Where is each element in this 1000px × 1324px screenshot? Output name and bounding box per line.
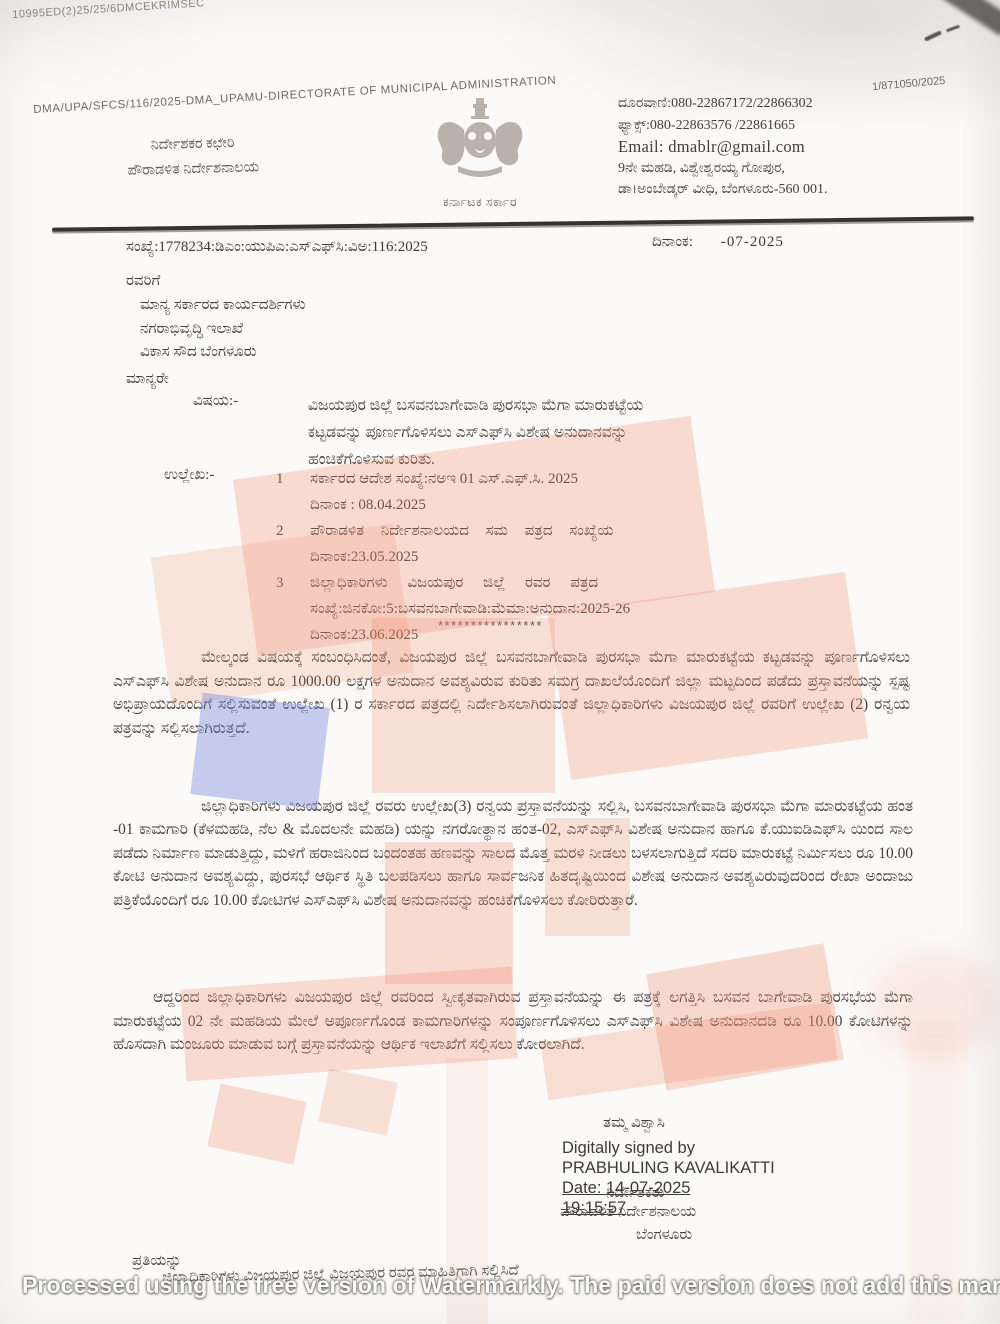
digital-signature-line: Digitally signed by	[562, 1138, 775, 1158]
references-label: ಉಲ್ಲೇಖ:-	[164, 466, 214, 484]
copy-label: ಪ್ರತಿಯನ್ನು	[132, 1252, 181, 1270]
subject-text: ವಿಜಯಪುರ ಜಿಲ್ಲೆ ಬಸವನಬಾಗೇವಾಡಿ ಪುರಸಭಾ ಮೆಗಾ …	[308, 392, 918, 473]
reference-item: 2 ಪೌರಾಡಳಿತ ನಿರ್ದೇಶನಾಲಯದ ಸಮ ಪತ್ರದ ಸಂಖ್ಯೆಯ…	[276, 518, 876, 570]
date-label: ದಿನಾಂಕ:	[652, 234, 693, 250]
phone-line: ದೂರವಾಣಿ:080-22867172/22866302	[618, 93, 908, 115]
address-line2: ಡಾ।ಅಂಬೇಡ್ಕರ್ ವೀಧಿ, ಬೆಂಗಳೂರು-560 001.	[618, 179, 908, 201]
letter-date: ದಿನಾಂಕ:-07-2025	[652, 233, 784, 251]
reference-item: 1 ಸರ್ಕಾರದ ಆದೇಶ ಸಂಖ್ಯೆ:ನಅಇ 01 ಎಸ್.ಎಫ್.ಸಿ.…	[276, 466, 876, 518]
body-paragraph-3: ಆದ್ದರಿಂದ ಜಿಲ್ಲಾಧಿಕಾರಿಗಳು ವಿಜಯಪುರ ಜಿಲ್ಲೆ …	[113, 986, 913, 1057]
reference-number: 2	[276, 518, 284, 544]
closing-phrase: ತಮ್ಮ ವಿಶ್ವಾಸಿ	[603, 1114, 665, 1132]
digital-signature-date: Date: 14-07-2025	[562, 1178, 775, 1198]
addressee-block: ಮಾನ್ಯ ಸರ್ಕಾರದ ಕಾರ್ಯದರ್ಶಿಗಳು ನಗರಾಭಿವೃದ್ಧಿ…	[140, 294, 305, 365]
digital-signature-name: PRABHULING KAVALIKATTI	[562, 1158, 775, 1178]
subject-line: ವಿಜಯಪುರ ಜಿಲ್ಲೆ ಬಸವನಬಾಗೇವಾಡಿ ಪುರಸಭಾ ಮೆಗಾ …	[308, 392, 918, 419]
government-emblem-icon	[428, 96, 532, 188]
office-block: ನಿರ್ದೇಶಕರ ಕಛೇರಿ ಪೌರಾಡಳಿತ ನಿರ್ದೇಶನಾಲಯ	[87, 129, 298, 184]
addressee-line: ವಿಕಾಸ ಸೌದ ಬೆಂಗಳೂರು	[140, 341, 305, 365]
reference-number: 3	[276, 570, 284, 596]
reference-line: ದಿನಾಂಕ:23.05.2025	[310, 544, 876, 570]
designation-title: ನಿರ್ದೇಶಕರು	[606, 1184, 664, 1202]
office-line2: ಪೌರಾಡಳಿತ ನಿರ್ದೇಶನಾಲಯ	[88, 154, 299, 184]
body-paragraph-1: ಮೇಲ್ಕಂಡ ವಿಷಯಕ್ಕೆ ಸಂಬಂಧಿಸಿದಂತೆ, ವಿಜಯಪುರ ಜ…	[113, 646, 910, 740]
address-line1: 9ನೇ ಮಹಡಿ, ವಿಶ್ವೇಶ್ವರಯ್ಯ ಗೋಪುರ,	[618, 158, 908, 180]
designation-city: ಬೆಂಗಳೂರು	[636, 1226, 692, 1244]
fax-line: ಫ್ಯಾಕ್ಸ್:080-22863576 /22861665	[618, 115, 908, 137]
contact-block: ದೂರವಾಣಿ:080-22867172/22866302 ಫ್ಯಾಕ್ಸ್:0…	[618, 93, 908, 201]
references-list: 1 ಸರ್ಕಾರದ ಆದೇಶ ಸಂಖ್ಯೆ:ನಅಇ 01 ಎಸ್.ಎಫ್.ಸಿ.…	[276, 466, 876, 648]
body-paragraph-2: ಜಿಲ್ಲಾಧಿಕಾರಿಗಳು ವಿಜಯಪುರ ಜಿಲ್ಲೆ ರವರು ಉಲ್ಲ…	[113, 795, 913, 912]
reference-line: ಜಿಲ್ಲಾಧಿಕಾರಿಗಳು ವಿಜಯಪುರ ಜಿಲ್ಲೆ ರವರ ಪತ್ರದ	[310, 570, 876, 596]
date-value: -07-2025	[721, 234, 784, 250]
document-ref-number: 1/871050/2025	[872, 75, 946, 93]
reference-line: ಪೌರಾಡಳಿತ ನಿರ್ದೇಶನಾಲಯದ ಸಮ ಪತ್ರದ ಸಂಖ್ಯೆಯ	[310, 518, 876, 544]
reference-line: ದಿನಾಂಕ:23.06.2025	[310, 622, 876, 648]
email-line: Email: dmablr@gmail.com	[618, 136, 908, 158]
karnataka-emblem: ಕರ್ನಾಟಕ ಸರ್ಕಾರ	[420, 96, 540, 210]
salutation: ಮಾನ್ಯರೇ	[126, 370, 169, 388]
document-content: 10995ED(2)25/25/6DMCEKRIMSEC DMA/UPA/SFC…	[0, 0, 1000, 1324]
header-divider	[52, 216, 974, 231]
designation-office: ಪೌರಾಡಳಿತ ನಿರ್ದೇಶನಾಲಯ	[560, 1203, 696, 1221]
emblem-caption: ಕರ್ನಾಟಕ ಸರ್ಕಾರ	[420, 195, 540, 210]
reference-number: 1	[276, 466, 284, 492]
addressee-line: ನಗರಾಭಿವೃದ್ಧಿ ಇಲಾಖೆ	[140, 318, 305, 342]
scanned-letter-page: 10995ED(2)25/25/6DMCEKRIMSEC DMA/UPA/SFC…	[0, 0, 1000, 1324]
reference-line: ದಿನಾಂಕ : 08.04.2025	[310, 492, 876, 518]
copy-to-line: ಜಿಲ್ಲಾಧಿಕಾರಿಗಳು ವಿಜಯಪುರ ಜಿಲ್ಲೆ ವಿಜಯಪುರ ರ…	[162, 1262, 519, 1287]
addressee-line: ಮಾನ್ಯ ಸರ್ಕಾರದ ಕಾರ್ಯದರ್ಶಿಗಳು	[140, 294, 305, 318]
subject-line: ಕಟ್ಟಡವನ್ನು ಪೂರ್ಣಗೊಳಿಸಲು ಎಸ್‌ಎಫ್‌ಸಿ ವಿಶೇಷ…	[308, 419, 918, 446]
separator-stars: ****************	[438, 618, 543, 633]
reference-line: ಸರ್ಕಾರದ ಆದೇಶ ಸಂಖ್ಯೆ:ನಅಇ 01 ಎಸ್.ಎಫ್.ಸಿ. 2…	[310, 466, 876, 492]
scan-header-code: 10995ED(2)25/25/6DMCEKRIMSEC	[12, 0, 205, 21]
letter-number: ಸಂಖ್ಯೆ:1778234:ಡಿಎಂ:ಯುಪಿಎ:ಎಸ್ಎಫ್‌ಸಿ:ವಿಅ:…	[126, 238, 428, 256]
to-label: ರವರಿಗೆ	[126, 272, 160, 290]
reference-line: ಸಂಖ್ಯೆ:ಜಿನಕೋ:5:ಬಸವನಬಾಗೇವಾಡಿ:ಮೆಮಾ:ಅನುದಾನ:…	[310, 596, 876, 622]
subject-label: ವಿಷಯ:-	[193, 392, 238, 410]
reference-item: 3 ಜಿಲ್ಲಾಧಿಕಾರಿಗಳು ವಿಜಯಪುರ ಜಿಲ್ಲೆ ರವರ ಪತ್…	[276, 570, 876, 648]
